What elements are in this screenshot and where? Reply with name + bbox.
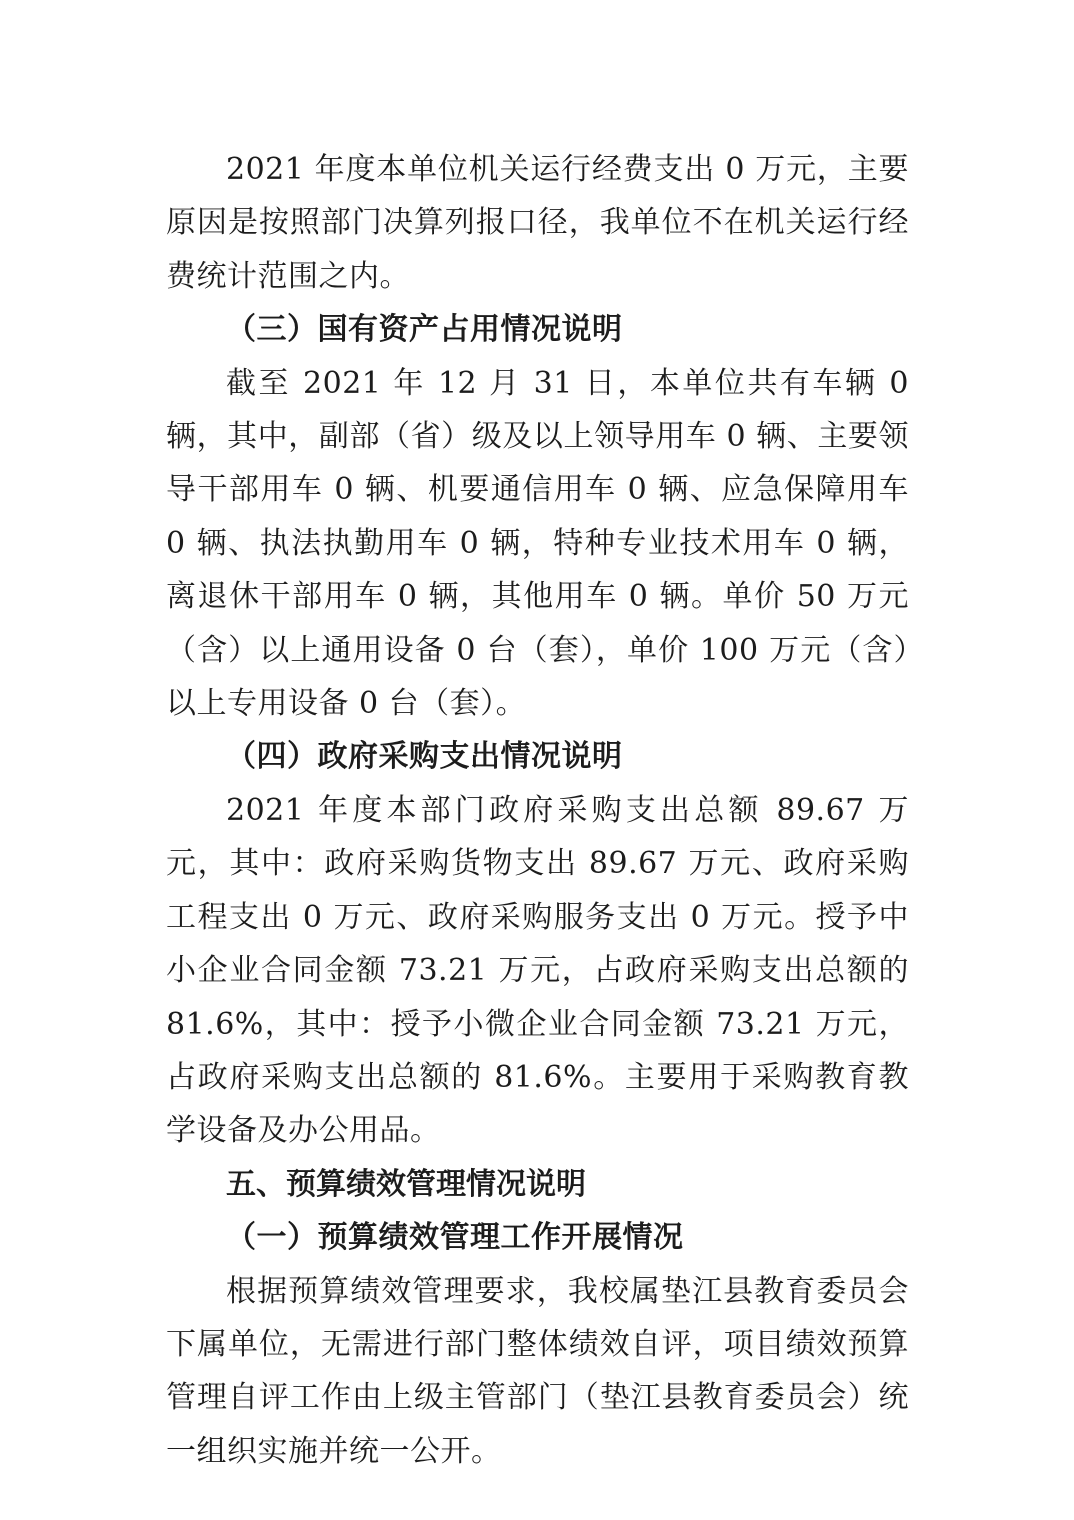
paragraph-state-assets-occupancy: 截至 2021 年 12 月 31 日，本单位共有车辆 0 辆，其中，副部（省）…	[166, 357, 909, 731]
paragraph-performance-work-development: 根据预算绩效管理要求，我校属垫江县教育委员会下属单位，无需进行部门整体绩效自评，…	[166, 1265, 909, 1479]
heading-budget-performance-management: 五、预算绩效管理情况说明	[166, 1158, 909, 1211]
heading-performance-work-development: （一）预算绩效管理工作开展情况	[166, 1211, 909, 1264]
document-page: 2021 年度本单位机关运行经费支出 0 万元，主要原因是按照部门决算列报口径，…	[0, 0, 1074, 1520]
heading-government-procurement: （四）政府采购支出情况说明	[166, 730, 909, 783]
heading-state-assets-occupancy: （三）国有资产占用情况说明	[166, 303, 909, 356]
paragraph-government-procurement: 2021 年度本部门政府采购支出总额 89.67 万元，其中：政府采购货物支出 …	[166, 784, 909, 1158]
paragraph-agency-operating-cost: 2021 年度本单位机关运行经费支出 0 万元，主要原因是按照部门决算列报口径，…	[166, 143, 909, 303]
